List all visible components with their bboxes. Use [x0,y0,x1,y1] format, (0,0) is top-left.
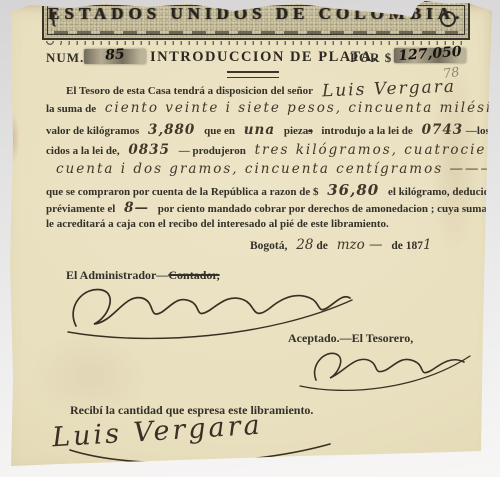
por-label: POR $ [350,50,392,66]
body-line-5: cuenta i dos gramos, cincuenta centígram… [56,161,500,177]
body-line-7: préviamente el 8— por ciento mandado cob… [46,200,499,216]
body-line-2: la suma de ciento veinte i siete pesos, … [46,100,500,116]
printed-year-prefix: de 187 [391,240,423,252]
printed-text: valor de kilógramos [46,125,139,137]
printed-text: le acreditará a caja con el recibo del i… [46,218,389,230]
handwritten-weight-words-cont: cuenta i dos gramos, cincuenta centígram… [56,161,500,177]
tesorero-signature [288,342,478,392]
body-line-1: El Tesoro de esta Casa tendrá a disposic… [46,79,456,99]
printed-text: pieza [284,125,308,137]
amount-value-box: 127,050 [394,48,466,63]
handwritten-amount-words: ciento veinte i siete pesos, cincuenta m… [105,100,500,116]
printed-city: Bogotá, [250,240,287,252]
handwritten-kilograms: 3,880 [148,122,195,138]
body-line-6: que se compraron por cuenta de la Repúbl… [46,181,495,199]
printed-text: cidos a la lei de, [46,145,120,157]
scalloped-rule [46,41,466,45]
printed-text: por ciento mandado cobrar por derechos d… [158,203,499,215]
body-line-4: cidos a la lei de, 0835 — produjeron tre… [46,142,500,158]
handwritten-num-value: 85 [84,45,147,65]
ornate-header-banner: { ESTADOS UNIDOS DE COLOMBIA. [42,0,470,40]
handwritten-percent: 8— [124,200,149,216]
printed-de: de [316,240,328,252]
handwritten-year-digit: 1 [423,237,432,253]
country-banner-title: ESTADOS UNIDOS DE COLOMBIA. [44,4,468,24]
title-double-rule [227,71,279,78]
handwritten-day: 28 [296,237,313,253]
body-line-3: valor de kilógramos 3,880 que en una pie… [46,122,500,138]
printed-text: la suma de [46,103,96,115]
date-line: Bogotá, 28 de mzo — de 1871 [250,237,432,253]
handwritten-rate: 36,80 [327,181,379,199]
num-label: NUM. [46,50,84,66]
handwritten-fineness-1: 0743 [422,122,464,138]
document-paper: { ESTADOS UNIDOS DE COLOMBIA. NUM. 85 IN… [0,0,500,477]
photo-of-document: { ESTADOS UNIDOS DE COLOMBIA. NUM. 85 IN… [0,0,500,477]
printed-text: que en [204,125,235,137]
printed-struck-letter: s [308,125,312,137]
body-line-8: le acreditará a caja con el recibo del i… [46,218,389,230]
banner-circle-ornament [440,11,456,27]
num-value-box: 85 [84,49,146,64]
printed-text: El Tesoro de esta Casa tendrá a disposic… [66,85,313,97]
printed-text: —los que redu- [466,125,500,137]
recipient-signature-flourish [62,442,342,468]
handwritten-fineness-2: 0835 [128,142,170,158]
handwritten-pieces-count: una [244,122,275,138]
printed-text: el kilógramo, deducido [388,186,495,198]
printed-text: que se compraron por cuenta de la Repúbl… [46,186,318,198]
printed-text: introdujo a la lei de [321,125,412,137]
printed-text: — produjeron [179,145,246,157]
handwritten-month: mzo — [337,237,383,253]
document-title: INTRODUCCION DE PLATA. [150,49,360,66]
handwritten-weight-words: tres kilógramos, cuatrocientos cin- [255,142,500,158]
banner-dash-ornament [54,31,458,34]
printed-text: préviamente el [46,203,115,215]
handwritten-payee-name: Luis Vergara [321,77,456,102]
